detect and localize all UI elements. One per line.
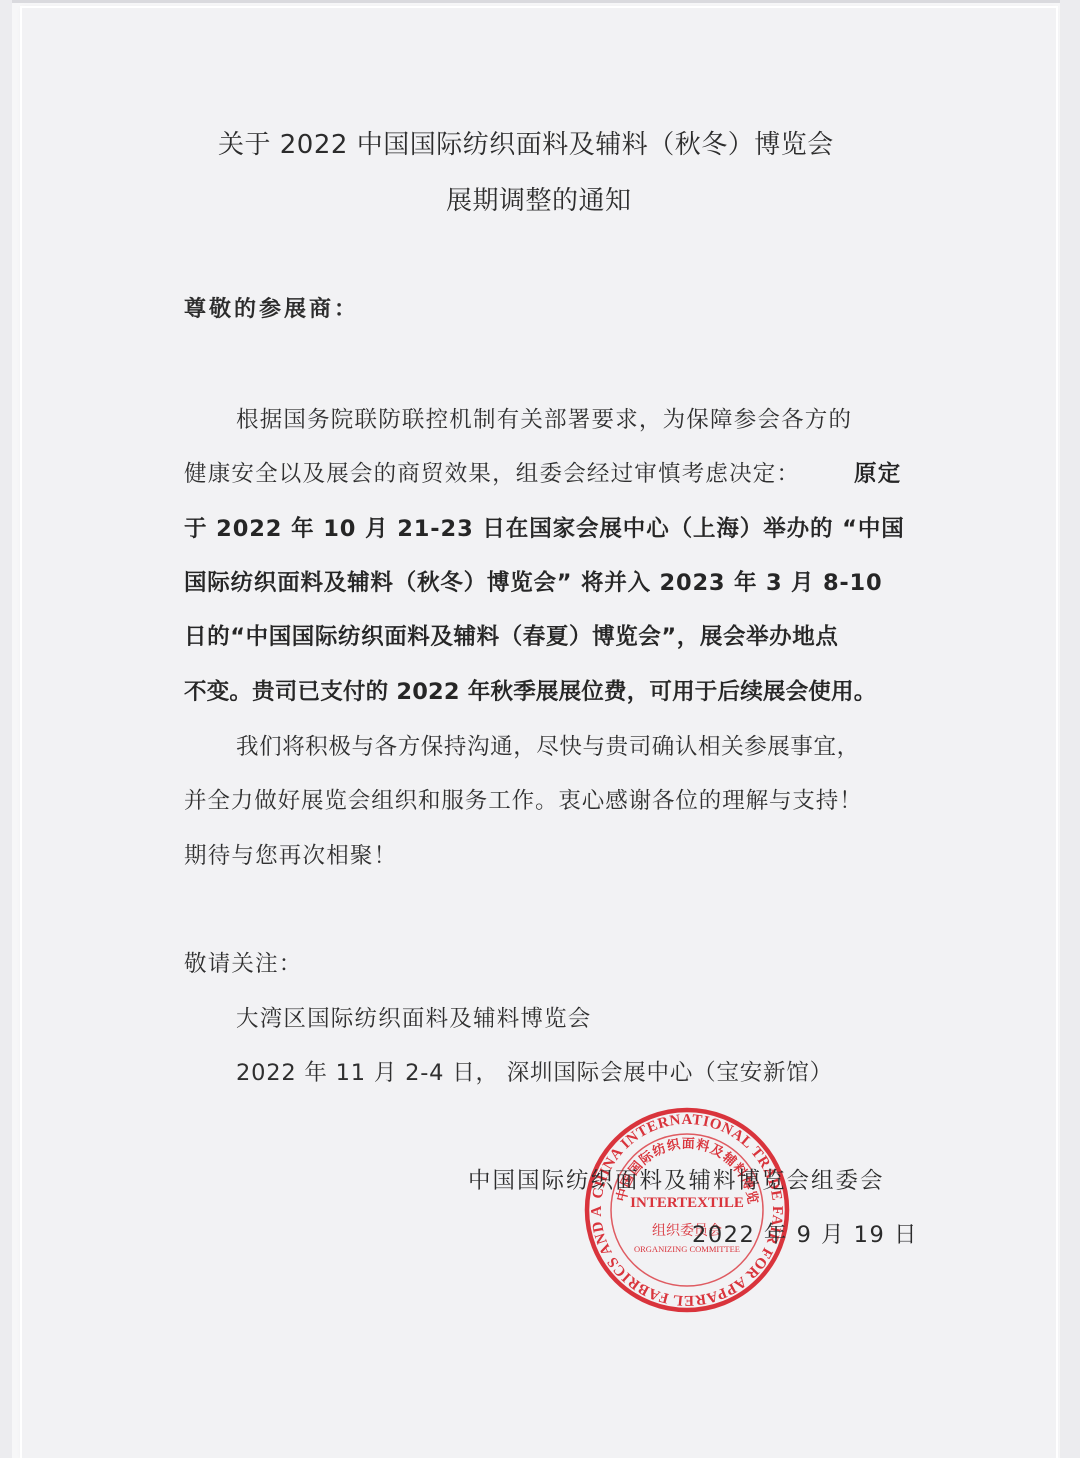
related-event-name: 大湾区国际纺织面料及辅料博览会 bbox=[236, 1001, 592, 1033]
body-line-2: 健康安全以及展会的商贸效果，组委会经过审慎考虑决定： bbox=[184, 456, 800, 488]
notice-label: 敬请关注： bbox=[184, 946, 303, 978]
body-line-9: 期待与您再次相聚！ bbox=[184, 838, 397, 870]
signature-date: 2022 年 9 月 19 日 bbox=[692, 1217, 918, 1249]
seal-brand: INTERTEXTILE bbox=[630, 1195, 744, 1211]
salutation: 尊敬的参展商： bbox=[184, 292, 359, 323]
body-line-3: 于 2022 年 10 月 21-23 日在国家会展中心（上海）举办的 “中国 bbox=[184, 511, 905, 543]
body-line-5: 日的“中国国际纺织面料及辅料（春夏）博览会”，展会举办地点 bbox=[184, 619, 838, 651]
body-line-7: 我们将积极与各方保持沟通，尽快与贵司确认相关参展事宜， bbox=[236, 729, 860, 761]
related-event-date-venue: 2022 年 11 月 2-4 日， 深圳国际会展中心（宝安新馆） bbox=[236, 1055, 833, 1087]
document-title-line-2: 展期调整的通知 bbox=[446, 180, 632, 217]
body-line-8: 并全力做好展览会组织和服务工作。衷心感谢各位的理解与支持！ bbox=[184, 783, 863, 815]
official-seal-icon: CHINA INTERNATIONAL TRADE FAIR FOR APPAR… bbox=[584, 1107, 790, 1313]
body-line-4: 国际纺织面料及辅料（秋冬）博览会” 将并入 2023 年 3 月 8-10 bbox=[184, 565, 882, 597]
body-line-2-tail: 原定 bbox=[854, 456, 901, 488]
document-title-line-1: 关于 2022 中国国际纺织面料及辅料（秋冬）博览会 bbox=[218, 124, 834, 161]
body-line-1: 根据国务院联防联控机制有关部署要求，为保障参会各方的 bbox=[236, 402, 852, 434]
signature-organization: 中国国际纺织面料及辅料博览会组委会 bbox=[468, 1163, 885, 1195]
body-line-6: 不变。贵司已支付的 2022 年秋季展展位费，可用于后续展会使用。 bbox=[184, 674, 876, 706]
